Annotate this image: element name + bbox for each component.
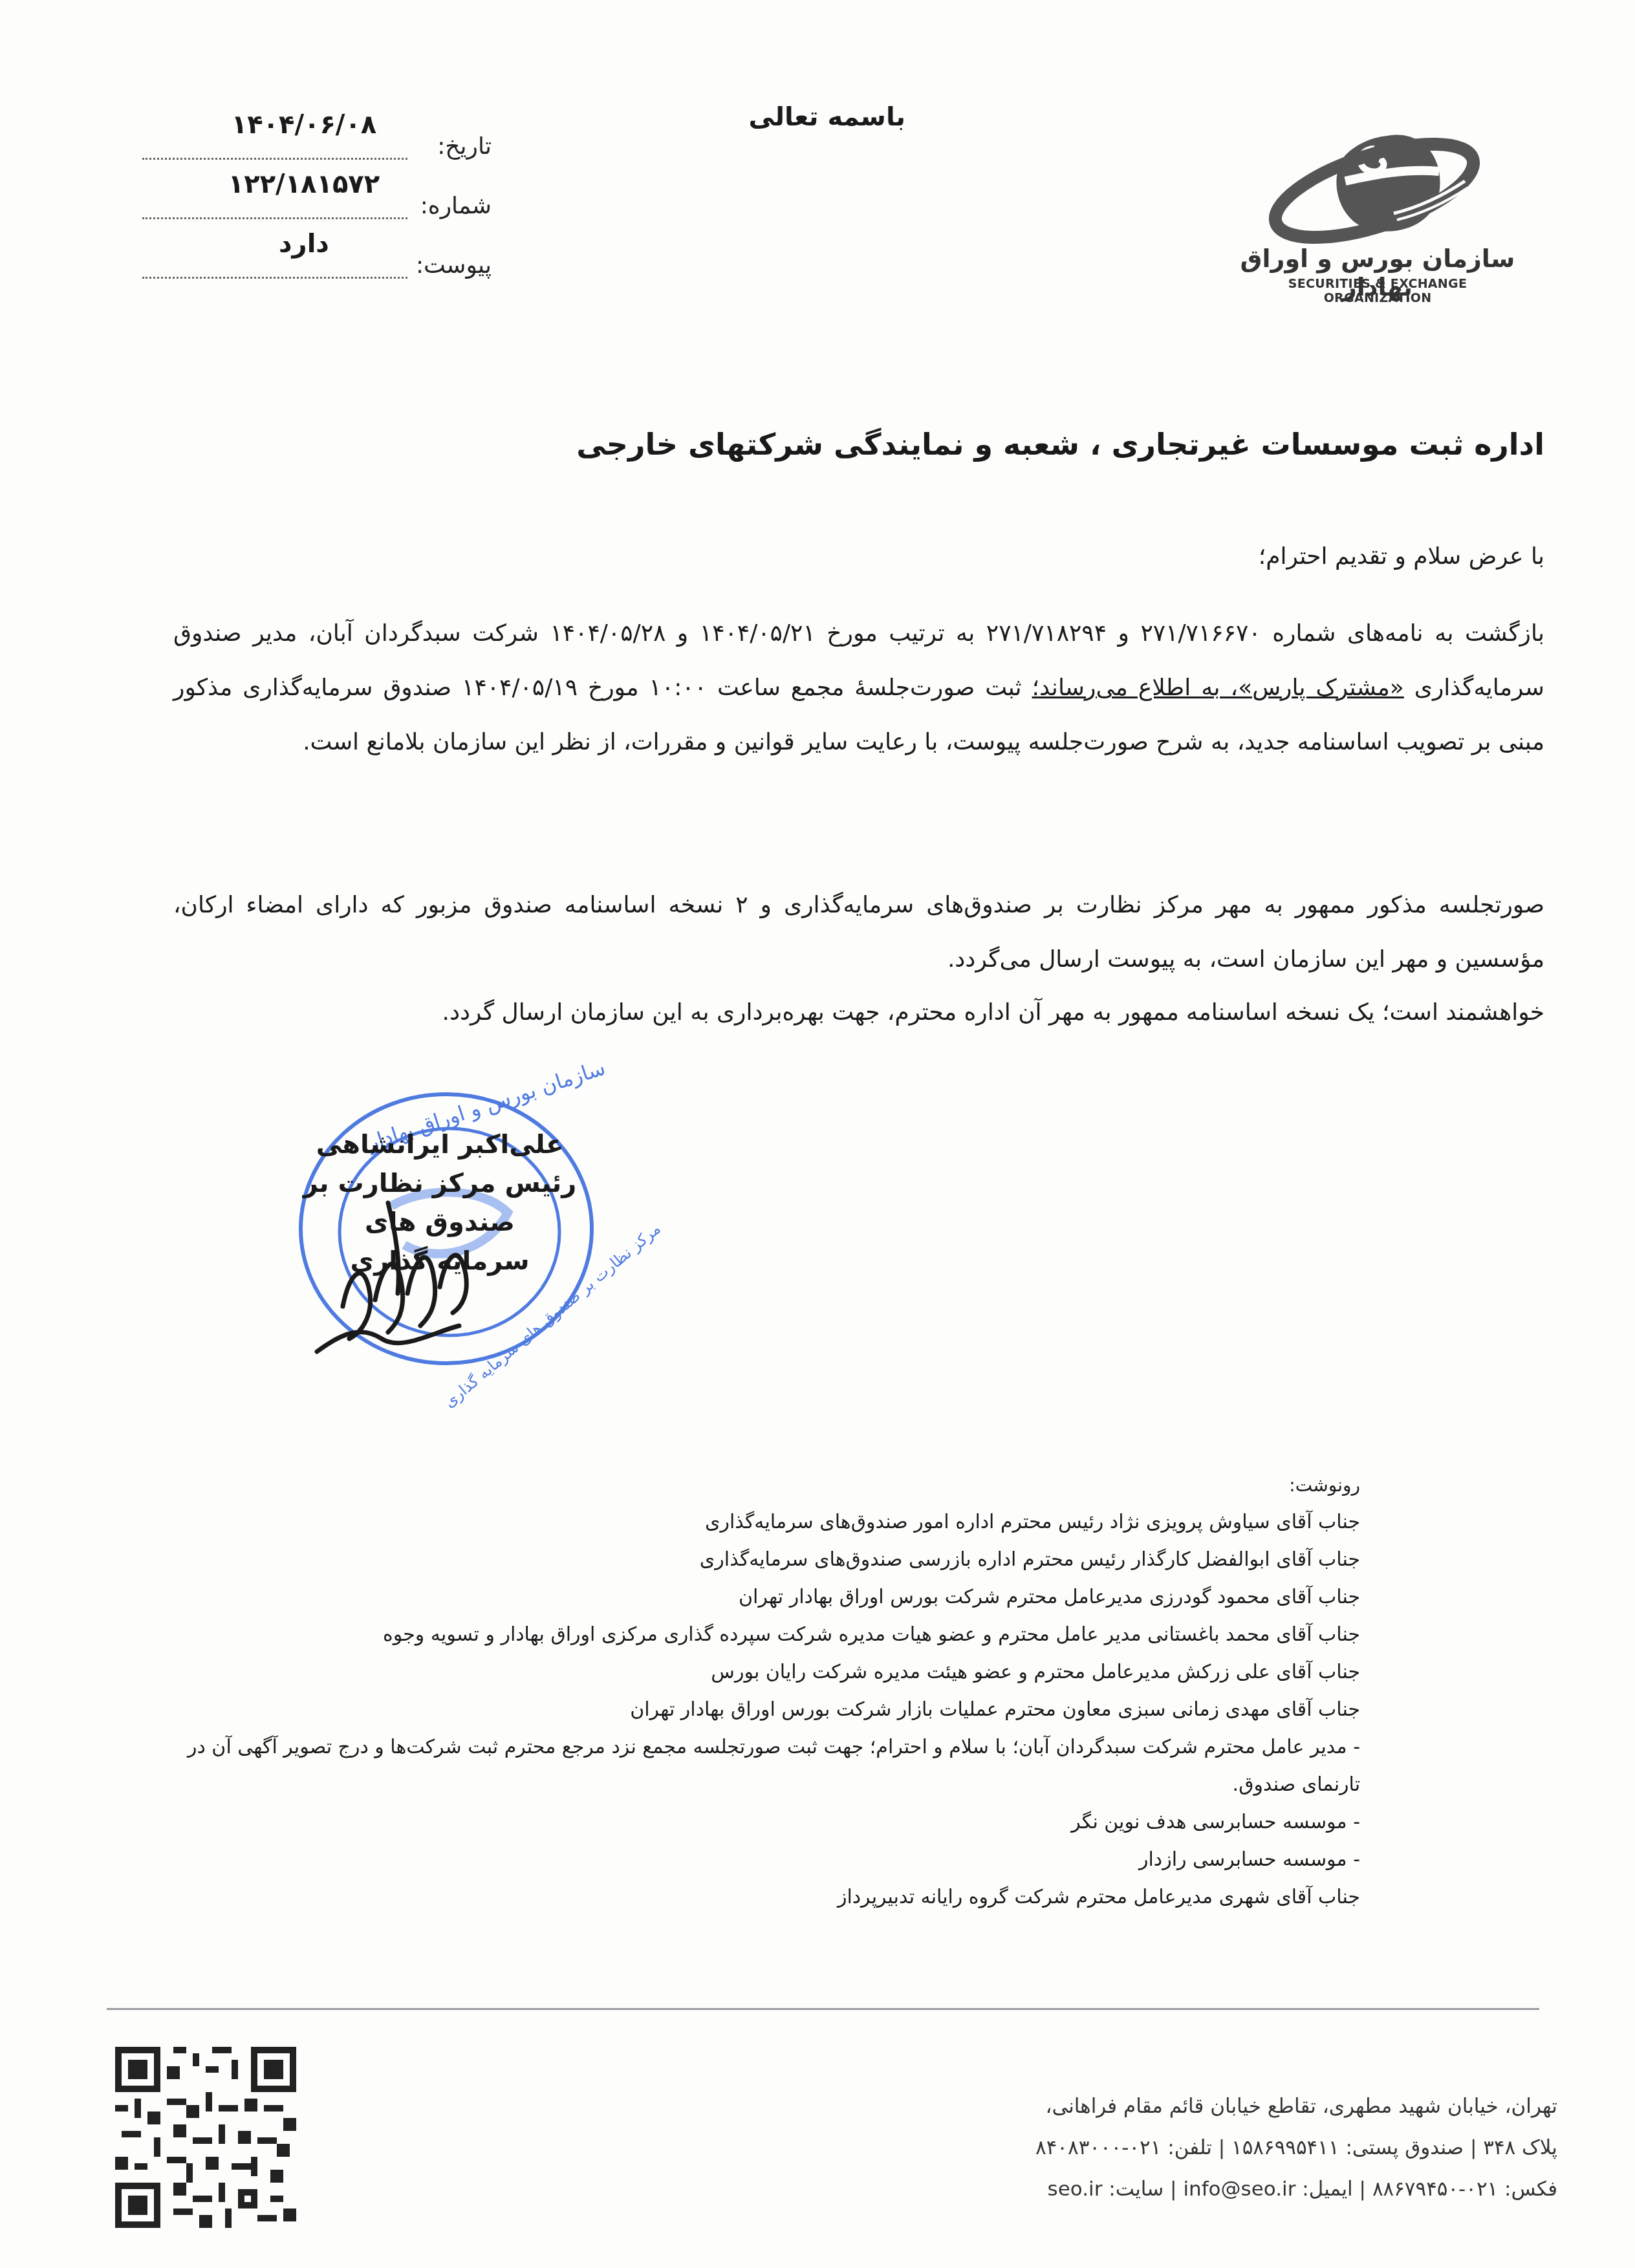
dotted-line [142, 217, 407, 219]
cc-title: رونوشت: [1289, 1474, 1360, 1496]
cc-item: - موسسه حسابرسی هدف نوین نگر [131, 1804, 1360, 1841]
cc-item: جناب آقای ابوالفضل کارگذار رئیس محترم اد… [131, 1541, 1360, 1579]
separator: | [1170, 2177, 1176, 2201]
recipient-heading: اداره ثبت موسسات غیرتجاری ، شعبه و نماین… [576, 427, 1544, 462]
cc-item: جناب آقای محمد باغستانی مدیر عامل محترم … [131, 1616, 1360, 1654]
qr-code-icon[interactable] [109, 2040, 303, 2234]
invocation-heading: باسمه تعالی [744, 102, 905, 132]
letter-meta: ۱۴۰۴/۰۶/۰۸ تاریخ: ۱۲۲/۱۸۱۵۷۲ شماره: دارد… [129, 110, 492, 288]
cc-item: جناب آقای علی زرکش مدیرعامل محترم و عضو … [131, 1654, 1360, 1691]
attachment-label: پیوست: [416, 252, 492, 279]
website-link[interactable]: seo.ir [1048, 2177, 1103, 2201]
meta-date: ۱۴۰۴/۰۶/۰۸ تاریخ: [129, 110, 492, 169]
address-line-3: فکس: ۰۲۱-۸۸۶۷۹۴۵۰ | ایمیل: info@seo.ir |… [975, 2168, 1557, 2210]
greeting: با عرض سلام و تقدیم احترام؛ [1259, 543, 1544, 570]
cc-item: جناب آقای سیاوش پرویزی نژاد رئیس محترم ا… [131, 1504, 1360, 1541]
number-value: ۱۲۲/۱۸۱۵۷۲ [168, 169, 440, 199]
dotted-line [142, 158, 407, 160]
number-label: شماره: [420, 193, 492, 219]
email-link[interactable]: info@seo.ir [1183, 2177, 1295, 2201]
address-line-2: پلاک ۳۴۸ | صندوق پستی: ۱۵۸۶۹۹۵۴۱۱ | تلفن… [975, 2127, 1557, 2168]
logo-name-en: SECURITIES & EXCHANGE ORGANIZATION [1232, 277, 1523, 305]
dotted-line [142, 277, 407, 279]
cc-list: جناب آقای سیاوش پرویزی نژاد رئیس محترم ا… [131, 1504, 1360, 1916]
fax-number: ۰۲۱-۸۸۶۷۹۴۵۰ [1372, 2177, 1498, 2201]
footer-divider [107, 2008, 1539, 2010]
site-label: سایت: [1109, 2177, 1164, 2201]
paragraph-1: بازگشت به نامه‌های شماره ۲۷۱/۷۱۶۶۷۰ و ۲۷… [173, 607, 1544, 770]
date-label: تاریخ: [437, 133, 492, 160]
separator: | [1359, 2177, 1366, 2201]
paragraph-1-underlined: «مشترک پارس»، به اطلاع می‌رساند؛ [1032, 675, 1404, 701]
email-label: ایمیل: [1302, 2177, 1352, 2201]
footer-contact: تهران، خیابان شهید مطهری، تقاطع خیابان ق… [975, 2086, 1557, 2210]
signatory-name: علی‌اکبر ایرانشاهی [259, 1125, 621, 1164]
cc-item: جناب آقای شهری مدیرعامل محترم شرکت گروه … [131, 1879, 1360, 1916]
fax-label: فکس: [1504, 2177, 1557, 2201]
handwritten-signature-icon [304, 1177, 517, 1371]
paragraph-3: خواهشمند است؛ یک نسخه اساسنامه ممهور به … [173, 986, 1544, 1040]
cc-item: - مدیر عامل محترم شرکت سبدگردان آبان؛ با… [131, 1729, 1360, 1804]
date-value: ۱۴۰۴/۰۶/۰۸ [168, 110, 440, 140]
address-line-1: تهران، خیابان شهید مطهری، تقاطع خیابان ق… [975, 2086, 1557, 2127]
cc-item: جناب آقای مهدی زمانی سبزی معاون محترم عم… [131, 1691, 1360, 1729]
attachment-value: دارد [168, 229, 440, 259]
meta-number: ۱۲۲/۱۸۱۵۷۲ شماره: [129, 169, 492, 229]
cc-item: جناب آقای محمود گودرزی مدیرعامل محترم شر… [131, 1579, 1360, 1616]
paragraph-2: صورتجلسه مذکور ممهور به مهر مرکز نظارت ب… [173, 878, 1544, 987]
meta-attachment: دارد پیوست: [129, 229, 492, 288]
cc-item: - موسسه حسابرسی رازدار [131, 1841, 1360, 1879]
